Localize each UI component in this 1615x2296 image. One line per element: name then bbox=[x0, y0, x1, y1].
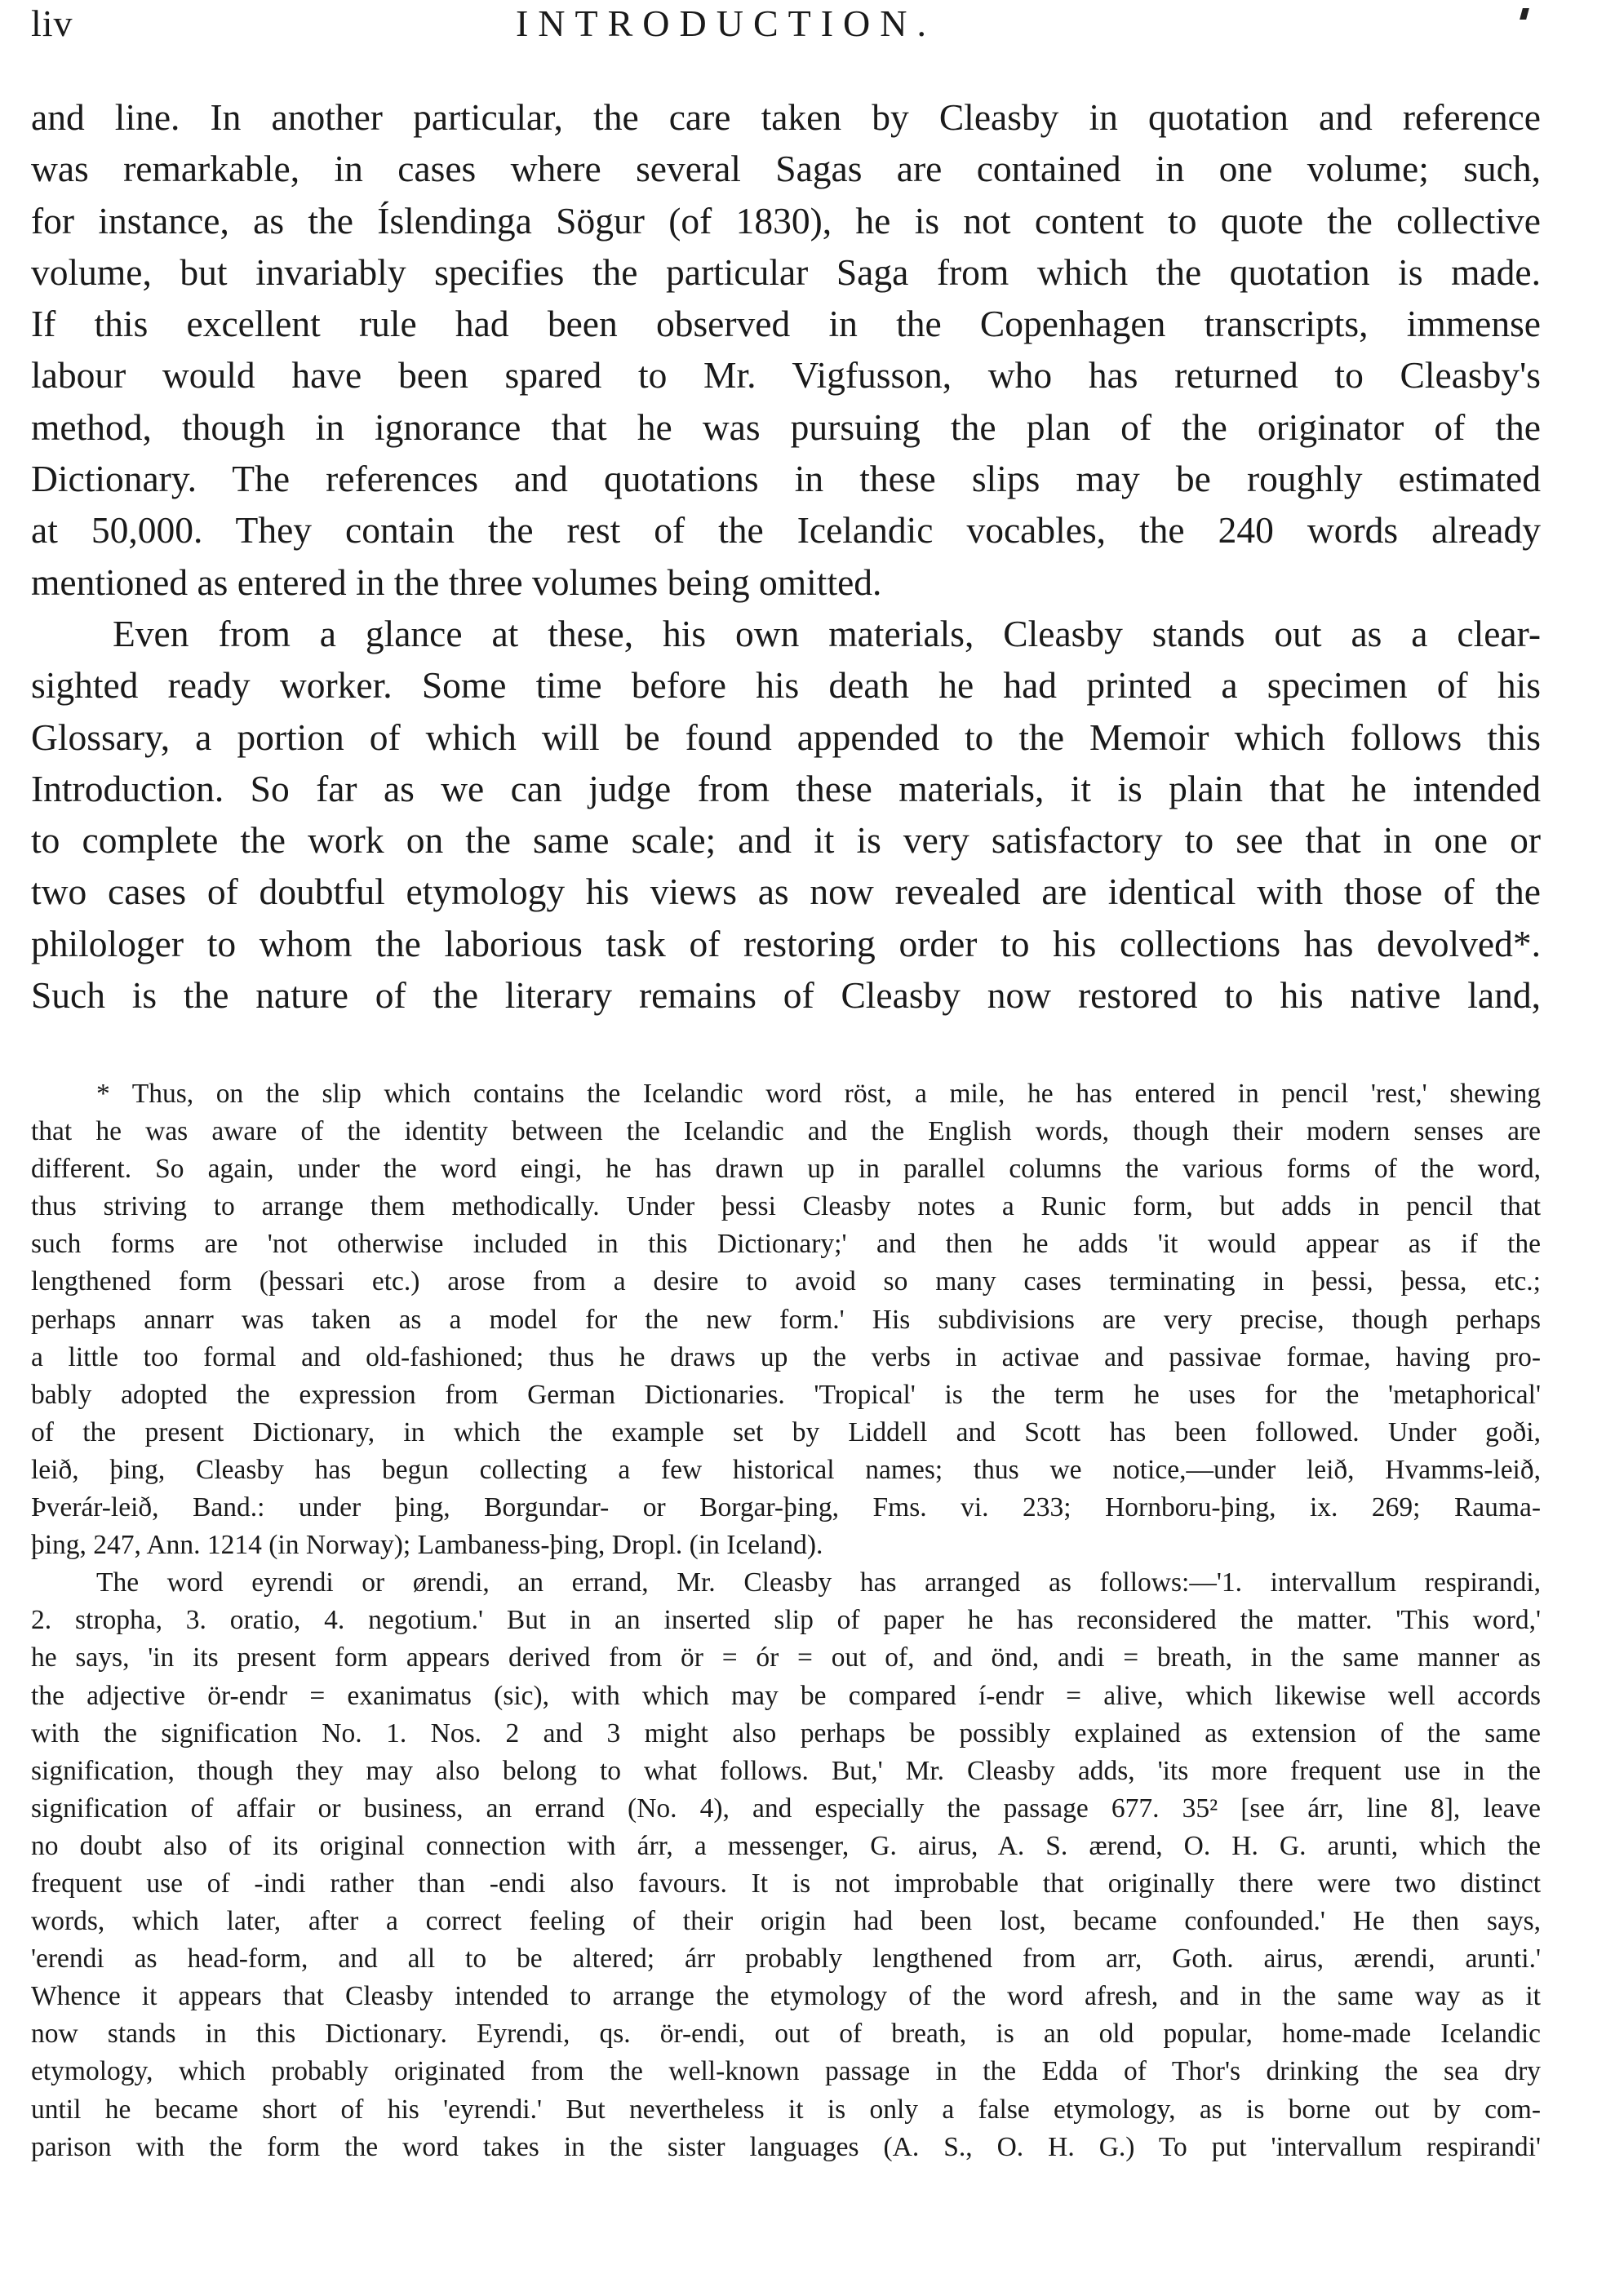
footnote-line: he says, 'in its present form appears de… bbox=[31, 1639, 1541, 1677]
text-line: philologer to whom the laborious task of… bbox=[31, 918, 1541, 969]
footnote-line: now stands in this Dictionary. Eyrendi, … bbox=[31, 2015, 1541, 2053]
footnote-line: of the present Dictionary, in which the … bbox=[31, 1414, 1541, 1452]
footnote-line: * Thus, on the slip which contains the I… bbox=[31, 1075, 1541, 1113]
footnote-line: signification of affair or business, an … bbox=[31, 1790, 1541, 1828]
text-line: If this excellent rule had been observed… bbox=[31, 298, 1541, 349]
footnote-line: the adjective ör-endr = exanimatus (sic)… bbox=[31, 1678, 1541, 1715]
footnote-line: The word eyrendi or ørendi, an errand, M… bbox=[31, 1564, 1541, 1602]
text-line: mentioned as entered in the three volume… bbox=[31, 556, 1541, 608]
footnote-line: different. So again, under the word eing… bbox=[31, 1150, 1541, 1188]
footnote-line: that he was aware of the identity betwee… bbox=[31, 1113, 1541, 1150]
footnote-line: etymology, which probably originated fro… bbox=[31, 2053, 1541, 2090]
footnote-line: until he became short of his 'eyrendi.' … bbox=[31, 2091, 1541, 2129]
text-line: labour would have been spared to Mr. Vig… bbox=[31, 349, 1541, 401]
footnote-line: parison with the form the word takes in … bbox=[31, 2129, 1541, 2166]
footnote-paragraph-1: * Thus, on the slip which contains the I… bbox=[31, 1075, 1541, 1564]
footnote-line: a little too formal and old-fashioned; t… bbox=[31, 1339, 1541, 1376]
footnote-line: leið, þing, Cleasby has begun collecting… bbox=[31, 1452, 1541, 1489]
text-line: two cases of doubtful etymology his view… bbox=[31, 866, 1541, 917]
footnote-line: þing, 247, Ann. 1214 (in Norway); Lamban… bbox=[31, 1527, 1541, 1564]
text-line: was remarkable, in cases where several S… bbox=[31, 143, 1541, 194]
footnote-line: frequent use of -indi rather than -endi … bbox=[31, 1865, 1541, 1903]
footnote-line: no doubt also of its original connection… bbox=[31, 1828, 1541, 1865]
text-line: to complete the work on the same scale; … bbox=[31, 814, 1541, 866]
text-line: Even from a glance at these, his own mat… bbox=[31, 608, 1541, 659]
footnote-paragraph-2: The word eyrendi or ørendi, an errand, M… bbox=[31, 1564, 1541, 2166]
text-line: at 50,000. They contain the rest of the … bbox=[31, 504, 1541, 556]
footnote-line: words, which later, after a correct feel… bbox=[31, 1903, 1541, 1940]
footnote-line: perhaps annarr was taken as a model for … bbox=[31, 1301, 1541, 1339]
footnote: * Thus, on the slip which contains the I… bbox=[31, 1075, 1541, 2166]
paragraph-2: Even from a glance at these, his own mat… bbox=[31, 608, 1541, 1021]
text-line: sighted ready worker. Some time before h… bbox=[31, 659, 1541, 711]
paragraph-1: and line. In another particular, the car… bbox=[31, 91, 1541, 608]
footnote-line: with the signification No. 1. Nos. 2 and… bbox=[31, 1715, 1541, 1753]
footnote-line: 'erendi as head-form, and all to be alte… bbox=[31, 1940, 1541, 1978]
text-line: Introduction. So far as we can judge fro… bbox=[31, 763, 1541, 814]
footnote-line: Þverár-leið, Band.: under þing, Borgunda… bbox=[31, 1489, 1541, 1527]
footnote-line: 2. stropha, 3. oratio, 4. negotium.' But… bbox=[31, 1602, 1541, 1639]
footnote-line: lengthened form (þessari etc.) arose fro… bbox=[31, 1263, 1541, 1301]
footnote-line: signification, though they may also belo… bbox=[31, 1753, 1541, 1790]
running-title: INTRODUCTION. bbox=[0, 2, 1615, 45]
document-page: liv INTRODUCTION. and line. In another p… bbox=[0, 0, 1615, 2296]
footnote-line: thus striving to arrange them methodical… bbox=[31, 1188, 1541, 1226]
text-line: Glossary, a portion of which will be fou… bbox=[31, 711, 1541, 763]
main-text: and line. In another particular, the car… bbox=[31, 91, 1541, 1021]
text-line: method, though in ignorance that he was … bbox=[31, 401, 1541, 453]
text-line: and line. In another particular, the car… bbox=[31, 91, 1541, 143]
page-header: liv INTRODUCTION. bbox=[0, 0, 1615, 49]
text-line: Such is the nature of the literary remai… bbox=[31, 969, 1541, 1021]
text-line: for instance, as the Íslendinga Sögur (o… bbox=[31, 195, 1541, 246]
footnote-line: Whence it appears that Cleasby intended … bbox=[31, 1978, 1541, 2015]
footnote-line: such forms are 'not otherwise included i… bbox=[31, 1226, 1541, 1263]
text-line: volume, but invariably specifies the par… bbox=[31, 246, 1541, 298]
text-line: Dictionary. The references and quotation… bbox=[31, 453, 1541, 504]
footnote-line: bably adopted the expression from German… bbox=[31, 1376, 1541, 1414]
